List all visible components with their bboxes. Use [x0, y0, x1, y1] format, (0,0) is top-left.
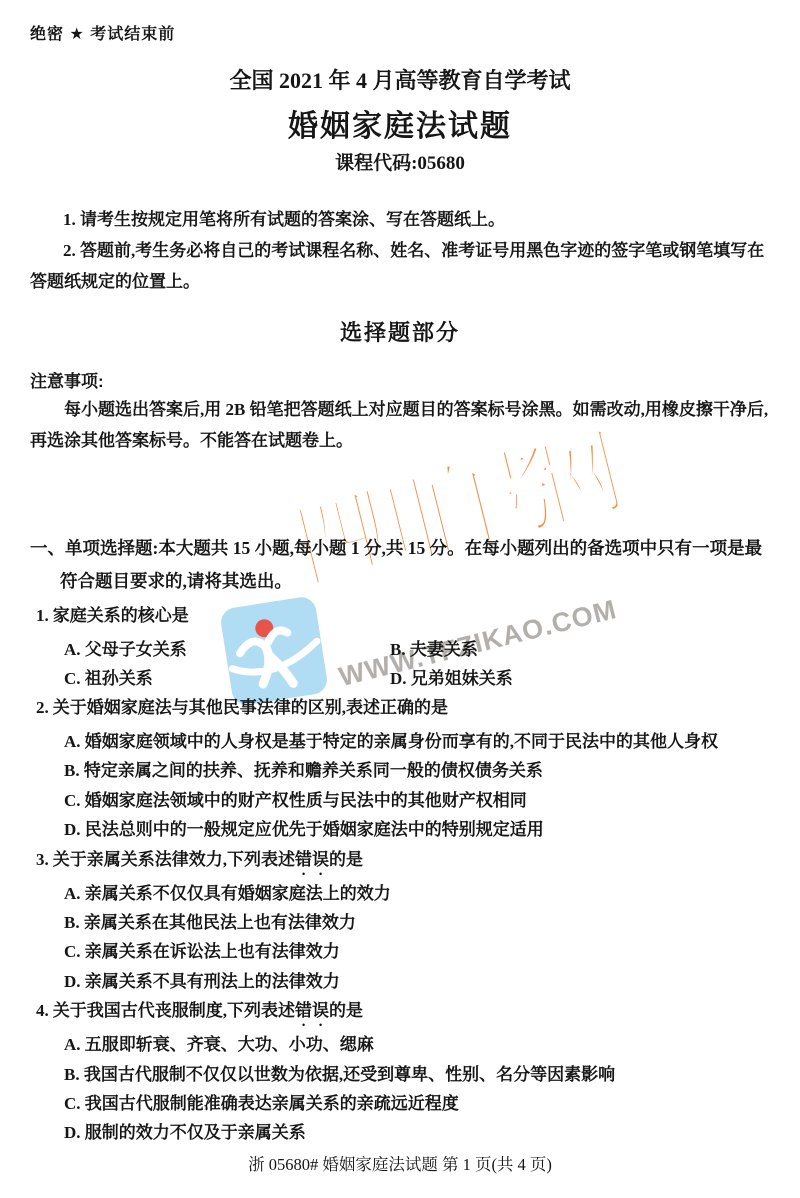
option-d: D. 服制的效力不仅及于亲属关系 — [64, 1118, 770, 1147]
paper-title: 婚姻家庭法试题 — [30, 107, 770, 147]
question-number: 1. — [36, 606, 49, 625]
option-c: C. 婚姻家庭法领域中的财产权性质与民法中的其他财产权相同 — [64, 786, 770, 815]
course-code: 课程代码:05680 — [30, 151, 770, 177]
notes-heading: 注意事项: — [30, 370, 770, 394]
question-stem: 2.关于婚姻家庭法与其他民事法律的区别,表述正确的是 — [36, 693, 770, 727]
exam-paper-page: 四川自考网 WWW.TFZIKAO.COM 绝密 ★ 考试结束前 全国 2021… — [0, 0, 800, 1198]
options-grid: A. 父母子女关系 B. 夫妻关系 C. 祖孙关系 D. 兄弟姐妹关系 — [64, 635, 770, 693]
question-3: 3.关于亲属关系法律效力,下列表述错误的是 A. 亲属关系不仅仅具有婚姻家庭法上… — [30, 845, 770, 997]
instruction-line: 1. 请考生按规定用笔将所有试题的答案涂、写在答题纸上。 — [30, 204, 770, 235]
instruction-line: 2. 答题前,考生务必将自己的考试课程名称、姓名、准考证号用黑色字迹的签字笔或钢… — [30, 235, 770, 297]
option-d: D. 民法总则中的一般规定应优先于婚姻家庭法中的特别规定适用 — [64, 815, 770, 844]
question-number: 2. — [36, 698, 49, 717]
question-2: 2.关于婚姻家庭法与其他民事法律的区别,表述正确的是 A. 婚姻家庭领域中的人身… — [30, 693, 770, 845]
page-footer: 浙 05680# 婚姻家庭法试题 第 1 页(共 4 页) — [0, 1153, 800, 1177]
classification-banner: 绝密 ★ 考试结束前 — [30, 24, 770, 46]
option-a: A. 五服即斩衰、齐衰、大功、小功、缌麻 — [64, 1030, 770, 1059]
exam-title: 全国 2021 年 4 月高等教育自学考试 — [30, 66, 770, 96]
section-title: 选择题部分 — [30, 318, 770, 348]
question-number: 4. — [36, 1001, 49, 1020]
notes-body: 每小题选出答案后,用 2B 铅笔把答题纸上对应题目的答案标号涂黑。如需改动,用橡… — [30, 394, 770, 456]
option-b: B. 夫妻关系 — [390, 635, 770, 664]
option-b: B. 亲属关系在其他民法上也有法律效力 — [64, 908, 770, 937]
general-instructions: 1. 请考生按规定用笔将所有试题的答案涂、写在答题纸上。 2. 答题前,考生务必… — [30, 204, 770, 297]
question-4: 4.关于我国古代丧服制度,下列表述错误的是 A. 五服即斩衰、齐衰、大功、小功、… — [30, 996, 770, 1148]
paper-content: 绝密 ★ 考试结束前 全国 2021 年 4 月高等教育自学考试 婚姻家庭法试题… — [0, 0, 800, 1148]
question-number: 3. — [36, 850, 49, 869]
question-stem: 1.家庭关系的核心是 — [36, 601, 770, 635]
option-c: C. 祖孙关系 — [64, 664, 390, 693]
option-b: B. 我国古代服制不仅仅以世数为依据,还受到尊卑、性别、名分等因素影响 — [64, 1060, 770, 1089]
option-a: A. 父母子女关系 — [64, 635, 390, 664]
option-a: A. 婚姻家庭领域中的人身权是基于特定的亲属身份而享有的,不同于民法中的其他人身… — [64, 727, 770, 756]
option-a: A. 亲属关系不仅仅具有婚姻家庭法上的效力 — [64, 879, 770, 908]
question-stem: 3.关于亲属关系法律效力,下列表述错误的是 — [36, 845, 770, 879]
option-d: D. 兄弟姐妹关系 — [390, 664, 770, 693]
question-list: 1.家庭关系的核心是 A. 父母子女关系 B. 夫妻关系 C. 祖孙关系 D. … — [30, 601, 770, 1148]
option-c: C. 我国古代服制能准确表达亲属关系的亲疏远近程度 — [64, 1089, 770, 1118]
question-1: 1.家庭关系的核心是 A. 父母子女关系 B. 夫妻关系 C. 祖孙关系 D. … — [30, 601, 770, 693]
part-one-heading: 一、单项选择题:本大题共 15 小题,每小题 1 分,共 15 分。在每小题列出… — [30, 532, 770, 598]
option-b: B. 特定亲属之间的扶养、抚养和赡养关系同一般的债权债务关系 — [64, 756, 770, 785]
option-d: D. 亲属关系不具有刑法上的法律效力 — [64, 967, 770, 996]
option-c: C. 亲属关系在诉讼法上也有法律效力 — [64, 937, 770, 966]
question-stem: 4.关于我国古代丧服制度,下列表述错误的是 — [36, 996, 770, 1030]
